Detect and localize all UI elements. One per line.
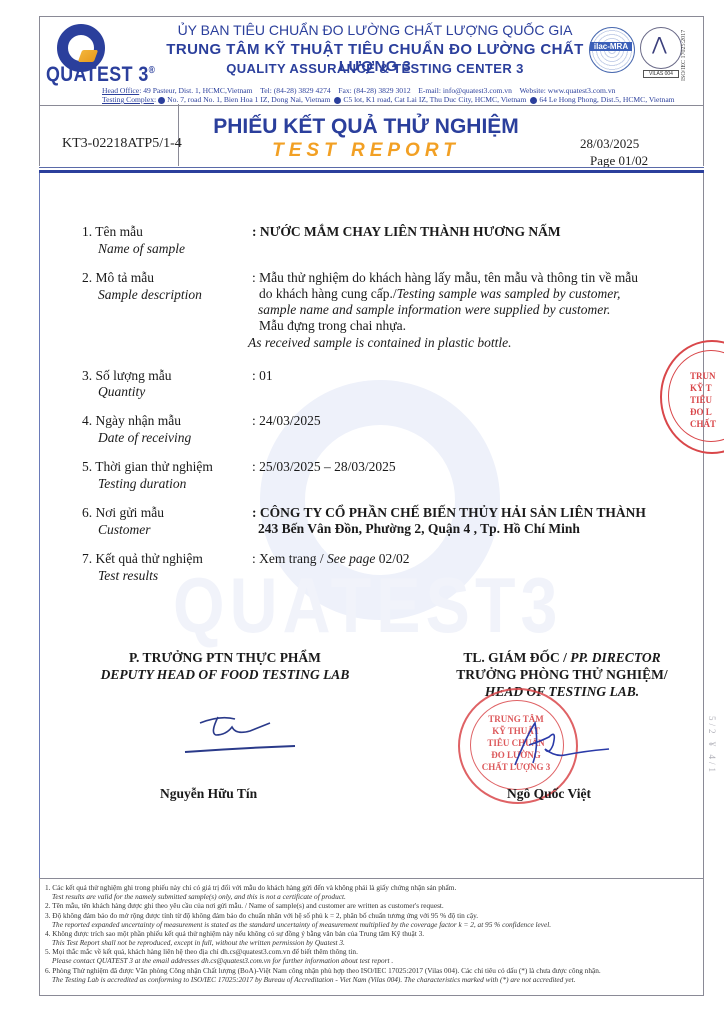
location-pin-icon bbox=[158, 97, 165, 104]
item-label-sample-name: 1. Tên mẫu bbox=[82, 224, 143, 240]
note-3-vn: 3. Độ không đảm bảo đo mở rộng được tính… bbox=[45, 911, 478, 920]
item-sub-test-results: Test results bbox=[98, 568, 158, 584]
sample-description-line: : Mẫu thử nghiệm do khách hàng lấy mẫu, … bbox=[252, 270, 638, 286]
website[interactable]: Website: www.quatest3.com.vn bbox=[520, 86, 616, 95]
sample-description-line: Mẫu đựng trong chai nhựa. bbox=[259, 318, 406, 334]
divider bbox=[39, 167, 704, 168]
boa-symbol-icon: ⋀ bbox=[652, 34, 667, 55]
item-sub-quantity: Quantity bbox=[98, 384, 145, 400]
right-signatory-title-en: HEAD OF TESTING LAB. bbox=[400, 684, 724, 700]
location-pin-icon bbox=[530, 97, 537, 104]
watermark-text: QUATEST3 bbox=[173, 560, 547, 651]
quantity-value: : 01 bbox=[252, 368, 273, 384]
right-signatory-title-1: TL. GIÁM ĐỐC / PP. DIRECTOR bbox=[400, 650, 724, 666]
note-6-vn: 6. Phòng Thử nghiệm đã được Văn phòng Cô… bbox=[45, 966, 601, 975]
testing-duration-value: : 25/03/2025 – 28/03/2025 bbox=[252, 459, 396, 475]
item-label-date-received: 4. Ngày nhận mẫu bbox=[82, 413, 181, 429]
center-name-en: QUALITY ASSURANCE & TESTING CENTER 3 bbox=[140, 61, 610, 76]
note-5-en: Please contact QUATEST 3 at the email ad… bbox=[52, 956, 393, 965]
side-handwritten-mark: 5/2 ¥ 4/1 bbox=[705, 716, 717, 775]
note-1-vn: 1. Các kết quả thử nghiệm ghi trong phiế… bbox=[45, 883, 456, 892]
date-received-value: : 24/03/2025 bbox=[252, 413, 321, 429]
customer-name-value: : CÔNG TY CỔ PHẦN CHẾ BIẾN THỦY HẢI SẢN … bbox=[252, 505, 646, 521]
item-sub-customer: Customer bbox=[98, 522, 151, 538]
head-office-line: Head Office: 49 Pasteur, Dist. 1, HCMC,V… bbox=[102, 86, 615, 95]
customer-address-value: 243 Bến Vân Đồn, Phường 2, Quận 4 , Tp. … bbox=[258, 521, 580, 537]
phone: Tel: (84-28) 3829 4274 bbox=[260, 86, 331, 95]
item-sub-testing-duration: Testing duration bbox=[98, 476, 186, 492]
item-sub-sample-name: Name of sample bbox=[98, 241, 185, 257]
iso-label: ISO/IEC 17025:2017 bbox=[681, 20, 695, 90]
left-signature-icon bbox=[180, 705, 300, 755]
page-title-en: TEST REPORT bbox=[186, 140, 546, 162]
sample-name-value: : NƯỚC MẮM CHAY LIÊN THÀNH HƯƠNG NẤM bbox=[252, 224, 561, 240]
note-2: 2. Tên mẫu, tên khách hàng được ghi theo… bbox=[45, 901, 444, 910]
sample-description-line: sample name and sample information were … bbox=[258, 302, 610, 318]
fax: Fax: (84-28) 3829 3012 bbox=[338, 86, 410, 95]
seal-stamp-edge-text: TRUNKỸ TTIÊUĐO LCHẤT bbox=[690, 370, 720, 430]
right-signature-icon bbox=[505, 715, 615, 775]
left-signatory-title-en: DEPUTY HEAD OF FOOD TESTING LAB bbox=[60, 667, 390, 683]
item-label-testing-duration: 5. Thời gian thử nghiệm bbox=[82, 459, 213, 475]
item-label-customer: 6. Nơi gửi mẫu bbox=[82, 505, 164, 521]
note-1-en: Test results are valid for the namely su… bbox=[52, 892, 346, 901]
page-title-vn: PHIẾU KẾT QUẢ THỬ NGHIỆM bbox=[186, 115, 546, 139]
note-4-vn: 4. Không được trích sao một phần phiếu k… bbox=[45, 929, 424, 938]
item-label-quantity: 3. Số lượng mẫu bbox=[82, 368, 171, 384]
logo-wordmark: QUATEST 3® bbox=[46, 63, 155, 87]
item-label-test-results: 7. Kết quả thử nghiệm bbox=[82, 551, 203, 567]
note-6-en: The Testing Lab is accredited as conform… bbox=[52, 975, 575, 984]
note-3-en: The reported expanded uncertainty of mea… bbox=[52, 920, 551, 929]
item-label-sample-description: 2. Mô tả mẫu bbox=[82, 270, 154, 286]
report-code: KT3-02218ATP5/1-4 bbox=[62, 136, 182, 152]
note-4-en: This Test Report shall not be reproduced… bbox=[52, 938, 345, 947]
note-5-vn: 5. Mọi thắc mắc về kết quả, khách hàng l… bbox=[45, 947, 358, 956]
issue-date: 28/03/2025 bbox=[580, 136, 639, 152]
item-sub-date-received: Date of receiving bbox=[98, 430, 191, 446]
right-signatory-name: Ngô Quốc Việt bbox=[507, 786, 591, 802]
divider bbox=[178, 104, 179, 166]
sample-description-line: As received sample is contained in plast… bbox=[248, 335, 511, 351]
ilac-mra-label: ilac-MRA bbox=[590, 42, 632, 51]
test-results-value: : Xem trang / See page 02/02 bbox=[252, 551, 409, 567]
item-sub-sample-description: Sample description bbox=[98, 287, 202, 303]
agency-name: ỦY BAN TIÊU CHUẨN ĐO LƯỜNG CHẤT LƯỢNG QU… bbox=[140, 22, 610, 38]
vilas-label: VILAS 004 bbox=[643, 70, 679, 78]
testing-complex-line: Testing Complex:No. 7, road No. 1, Bien … bbox=[102, 95, 675, 104]
email[interactable]: E-mail: info@quatest3.com.vn bbox=[418, 86, 512, 95]
sample-description-line: do khách hàng cung cấp./Testing sample w… bbox=[259, 286, 620, 302]
location-pin-icon bbox=[334, 97, 341, 104]
left-signatory-name: Nguyễn Hữu Tín bbox=[160, 786, 257, 802]
left-signatory-title-vn: P. TRƯỞNG PTN THỰC PHẨM bbox=[60, 650, 390, 666]
right-signatory-title-vn: TRƯỞNG PHÒNG THỬ NGHIỆM/ bbox=[400, 667, 724, 683]
